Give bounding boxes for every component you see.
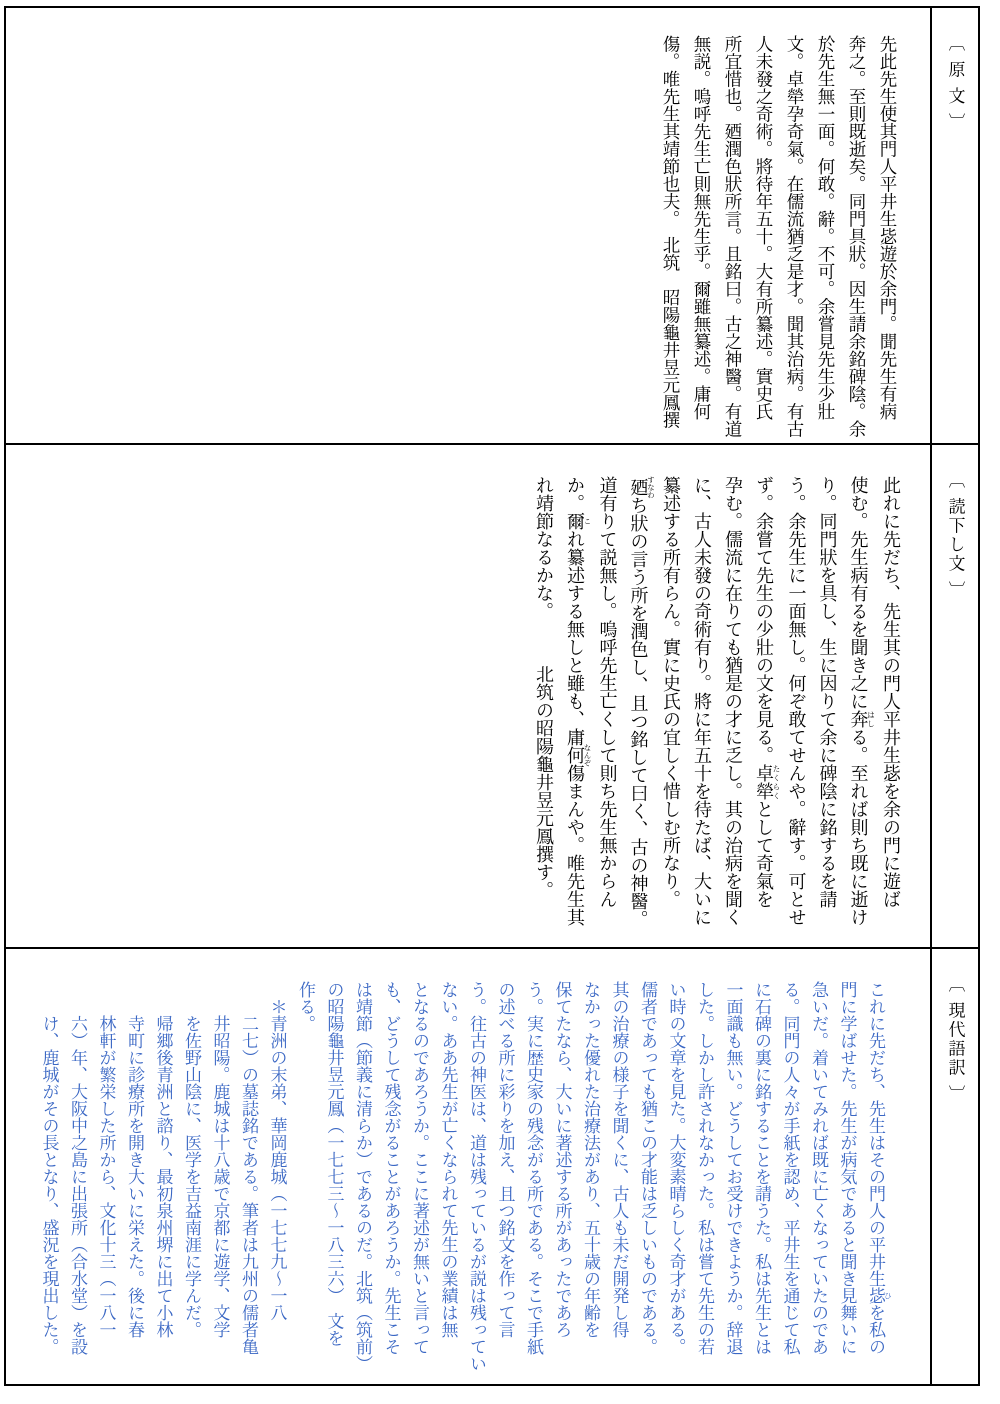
text-column: り。同門狀を具し、生に因りて余に碑陰に銘するを請 xyxy=(812,476,843,941)
original-text-label-column: 〔 原 文 〕 xyxy=(930,8,978,443)
text-column: 孕む。儒流に在りても猶是の才に乏し。其の治病を聞く xyxy=(717,476,748,941)
text-column: か。爾これ纂述する無しと雖も、庸何なんぞ傷まんや。唯先生其 xyxy=(559,476,592,941)
text-column: 先此先生使其門人平井生毖遊於余門。聞先生有病 xyxy=(871,35,902,437)
text-column: を佐野山陰に、医学を吉益南涯に学んだ。 xyxy=(177,981,206,1380)
text-column: 六）年、大阪中之島に出張所（合水堂）を設 xyxy=(63,981,92,1380)
text-column: 其の治療の様子を聞くに、古人も未だ開発し得 xyxy=(604,981,633,1380)
text-column: 井昭陽。鹿城は十八歳で京都に遊学、文学 xyxy=(205,981,234,1380)
text-column: に、古人未發の奇術有り。將に年五十を待たば、大いに xyxy=(686,476,717,941)
text-column: 儒者であっても猶この才能は乏しいものである。 xyxy=(633,981,662,1380)
text-column: 帰郷後青洲と諮り、最初泉州堺に出て小林 xyxy=(148,981,177,1380)
text-column: う。往古の神医は、道は残っているが説は残ってい xyxy=(462,981,491,1380)
reading-text-label: 〔 読下し文 〕 xyxy=(943,471,968,600)
text-column: は靖節（節義に清らか）であるのだ。北筑（筑前） xyxy=(348,981,377,1380)
text-column: 作る。 xyxy=(291,981,320,1380)
text-column: れ靖節なるかな。 北筑の昭陽龜井昱元鳳撰す。 xyxy=(528,476,559,941)
text-column: 文。卓犖孕奇氣。在儒流猶乏是才。聞其治病。有古 xyxy=(778,35,809,437)
reading-text-body: 此れに先だち、先生其の門人平井生毖を余の門に遊ば使む。先生病有るを聞き之に奔はし… xyxy=(6,445,930,947)
text-column: 所宜惜也。廼潤色狀所言。且銘曰。古之神醫。有道 xyxy=(716,35,747,437)
text-column: 道有りて説無し。嗚呼先生亡くして則ち先生無からん xyxy=(592,476,623,941)
text-column: ＊青洲の末弟、華岡鹿城（一七七九～一八 xyxy=(262,981,291,1380)
document-sheet: 先此先生使其門人平井生毖遊於余門。聞先生有病奔之。至則既逝矣。同門具狀。因生請余… xyxy=(4,6,980,1386)
text-column: け、鹿城がその長となり、盛況を現出した。 xyxy=(34,981,63,1380)
text-column: 林軒が繁栄した所から、文化十三（一八一 xyxy=(91,981,120,1380)
text-column: これに先だち、先生はその門人の平井生毖ひを私の xyxy=(861,981,893,1380)
original-text-label: 〔 原 文 〕 xyxy=(943,34,968,132)
text-column: 一面識も無い。どうしてお受けできようか。辞退 xyxy=(718,981,747,1380)
text-column: 二七）の墓誌銘である。筆者は九州の儒者亀 xyxy=(234,981,263,1380)
text-column: る。同門の人々が手紙を認め、平井生を通じて私 xyxy=(775,981,804,1380)
modern-translation-label: 〔 現代語訳 〕 xyxy=(943,975,968,1104)
text-column: 廼すなわち狀の言う所を潤色し、且つ銘して曰く、古の神醫。 xyxy=(623,476,656,941)
text-column: い時の文章を見た。大変素晴らしく奇才がある。 xyxy=(661,981,690,1380)
text-column: ず。余嘗て先生の少壯の文を見る。卓犖たくらくとして奇氣を xyxy=(748,476,781,941)
text-column: 門に学ばせた。先生が病気であると聞き見舞いに xyxy=(832,981,861,1380)
text-column: 使む。先生病有るを聞き之に奔はしる。至れば則ち既に逝け xyxy=(843,476,876,941)
text-column: ない。ああ先生が亡くなられて先生の業績は無 xyxy=(433,981,462,1380)
text-column: 保てたなら、大いに著述する所があったであろ xyxy=(547,981,576,1380)
text-column: 纂述する所有らん。實に史氏の宜しく惜しむ所なり。 xyxy=(655,476,686,941)
reading-text-label-column: 〔 読下し文 〕 xyxy=(930,445,978,947)
section-original-text: 先此先生使其門人平井生毖遊於余門。聞先生有病奔之。至則既逝矣。同門具狀。因生請余… xyxy=(6,8,978,445)
text-column: となるのであろうか。ここに著述が無いと言って xyxy=(405,981,434,1380)
modern-translation-label-column: 〔 現代語訳 〕 xyxy=(930,949,978,1384)
original-text-body: 先此先生使其門人平井生毖遊於余門。聞先生有病奔之。至則既逝矣。同門具狀。因生請余… xyxy=(6,8,930,443)
section-modern-translation: これに先だち、先生はその門人の平井生毖ひを私の門に学ばせた。先生が病気であると聞… xyxy=(6,949,978,1384)
text-column: 於先生無一面。何敢。辭。不可。余嘗見先生少壯 xyxy=(809,35,840,437)
text-column: なかった優れた治療法があり、五十歳の年齢を xyxy=(576,981,605,1380)
text-column: 急いだ。着いてみれば既に亡くなっていたのであ xyxy=(804,981,833,1380)
text-column: う。余先生に一面無し。何ぞ敢てせんや。辭す。可とせ xyxy=(781,476,812,941)
text-column: 無説。嗚呼先生亡則無先生乎。爾雖無纂述。庸何 xyxy=(685,35,716,437)
text-column: 傷。唯先生其靖節也夫。 北筑 昭陽龜井昱元鳳撰 xyxy=(654,35,685,437)
modern-translation-body: これに先だち、先生はその門人の平井生毖ひを私の門に学ばせた。先生が病気であると聞… xyxy=(6,949,930,1384)
text-column: した。しかし許されなかった。私は嘗て先生の若 xyxy=(690,981,719,1380)
text-column: 寺町に診療所を開き大いに栄えた。後に春 xyxy=(120,981,149,1380)
text-column: 奔之。至則既逝矣。同門具狀。因生請余銘碑陰。余 xyxy=(840,35,871,437)
text-column: 此れに先だち、先生其の門人平井生毖を余の門に遊ば xyxy=(875,476,906,941)
text-column: に石碑の裏に銘することを請うた。私は先生とは xyxy=(747,981,776,1380)
text-column: う。実に歴史家の残念がる所である。そこで手紙 xyxy=(519,981,548,1380)
text-column: も、どうして残念がることがあろうか。先生こそ xyxy=(376,981,405,1380)
section-reading-text: 此れに先だち、先生其の門人平井生毖を余の門に遊ば使む。先生病有るを聞き之に奔はし… xyxy=(6,445,978,949)
text-column: の昭陽龜井昱元鳳（一七七三～一八三六） 文を xyxy=(319,981,348,1380)
text-column: 人未發之奇術。將待年五十。大有所纂述。實史氏 xyxy=(747,35,778,437)
text-column: の述べる所に彩りを加え、且つ銘文を作って言 xyxy=(490,981,519,1380)
